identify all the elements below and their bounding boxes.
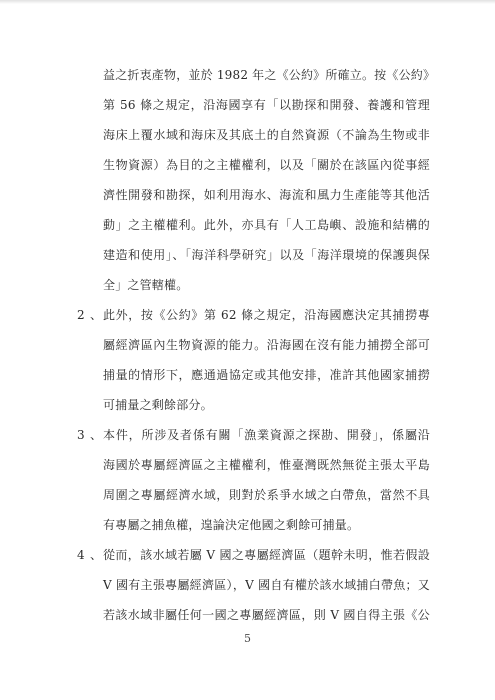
text-line: 生物資源）為目的之主權權利，以及「關於在該區內從事經	[103, 150, 430, 180]
document-page: 益之折衷產物，並於 1982 年之《公約》所確立。按《公約》第 56 條之規定，…	[0, 0, 495, 700]
paragraph: 益之折衷產物，並於 1982 年之《公約》所確立。按《公約》第 56 條之規定，…	[103, 60, 430, 300]
text-line: 建造和使用」、「海洋科學研究」以及「海洋環境的保護與保	[103, 240, 430, 270]
text-line: 3、本件，所涉及者係有關「漁業資源之探勘、開發」，係屬沿	[103, 420, 430, 450]
text-block: 益之折衷產物，並於 1982 年之《公約》所確立。按《公約》第 56 條之規定，…	[103, 60, 430, 630]
text-line: 若該水域非屬任何一國之專屬經濟區，則 V 國自得主張《公	[103, 600, 430, 630]
paragraph-number: 4、	[77, 540, 103, 570]
paragraph: 2、此外，按《公約》第 62 條之規定，沿海國應決定其捕撈專屬經濟區內生物資源的…	[103, 300, 430, 420]
text-line: 濟性開發和勘探，如利用海水、海流和風力生產能等其他活	[103, 180, 430, 210]
paragraph-number: 2、	[77, 300, 103, 330]
text-line: 有專屬之捕魚權，遑論決定他國之剩餘可捕量。	[103, 510, 430, 540]
scan-artifact-top-edge	[0, 0, 495, 4]
text-line: 2、此外，按《公約》第 62 條之規定，沿海國應決定其捕撈專	[103, 300, 430, 330]
page-number: 5	[0, 632, 495, 645]
paragraph-number: 3、	[77, 420, 103, 450]
text-line: 周圍之專屬經濟水域，則對於系爭水域之白帶魚，當然不具	[103, 480, 430, 510]
text-line: 4、從而，該水域若屬 V 國之專屬經濟區（題幹未明，惟若假設	[103, 540, 430, 570]
text-line: 第 56 條之規定，沿海國享有「以勘探和開發、養護和管理	[103, 90, 430, 120]
text-line: V 國有主張專屬經濟區），V 國自有權於該水域捕白帶魚；又	[103, 570, 430, 600]
text-line: 全」之管轄權。	[103, 270, 430, 300]
text-line: 可捕量之剩餘部分。	[103, 390, 430, 420]
text-line: 動」之主權權利。此外，亦具有「人工島嶼、設施和結構的	[103, 210, 430, 240]
text-line: 海床上覆水域和海床及其底土的自然資源（不論為生物或非	[103, 120, 430, 150]
text-line: 海國於專屬經濟區之主權權利，惟臺灣既然無從主張太平島	[103, 450, 430, 480]
paragraph: 4、從而，該水域若屬 V 國之專屬經濟區（題幹未明，惟若假設V 國有主張專屬經濟…	[103, 540, 430, 630]
paragraph: 3、本件，所涉及者係有關「漁業資源之探勘、開發」，係屬沿海國於專屬經濟區之主權權…	[103, 420, 430, 540]
text-line: 屬經濟區內生物資源的能力。沿海國在沒有能力捕撈全部可	[103, 330, 430, 360]
text-line: 捕量的情形下，應通過協定或其他安排，准許其他國家捕撈	[103, 360, 430, 390]
text-line: 益之折衷產物，並於 1982 年之《公約》所確立。按《公約》	[103, 60, 430, 90]
